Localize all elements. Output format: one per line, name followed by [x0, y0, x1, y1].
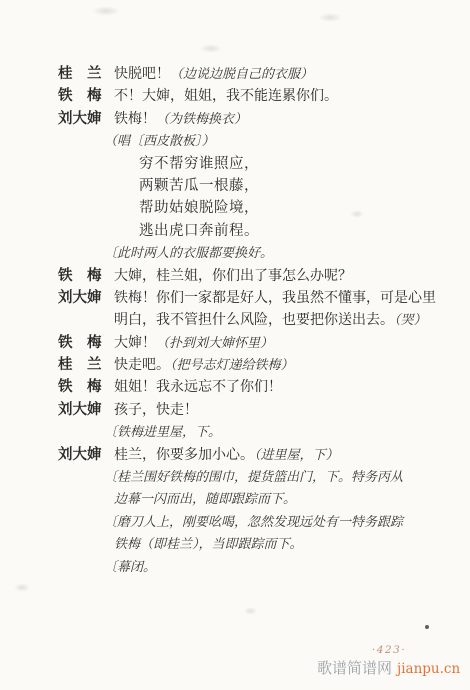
line-main-text: 大婶！ [114, 335, 156, 351]
script-line: 边幕一闪而出，随即跟踪而下。 [0, 488, 470, 510]
speaker-name: 刘大婶 [58, 444, 106, 466]
watermark-site-name: 歌谱简谱网 [317, 659, 392, 677]
line-stage-note: （为铁梅换衣） [156, 112, 247, 127]
scan-smudge [318, 13, 342, 22]
scan-smudge [244, 607, 257, 615]
line-main-text: 桂兰，你要多加小心。 [114, 447, 254, 463]
line-main-text: 孩子，快走！ [114, 402, 198, 418]
speaker-name: 铁 梅 [58, 85, 106, 107]
scanned-script-page: 桂 兰快脱吧！（边说边脱自己的衣服）铁 梅不！大婶，姐姐，我不能连累你们。刘大婶… [0, 0, 470, 690]
script-line: 刘大婶桂兰，你要多加小心。（进里屋，下） [0, 444, 470, 466]
scan-smudge [200, 44, 222, 53]
line-stage-note: 〔幕闭。 [104, 560, 156, 575]
script-line: 铁 梅不！大婶，姐姐，我不能连累你们。 [0, 85, 470, 107]
script-line: 逃出虎口奔前程。 [0, 220, 470, 242]
scan-speck [425, 625, 429, 629]
scan-smudge [92, 6, 120, 16]
line-stage-note: （哭） [394, 313, 427, 328]
scan-smudge [14, 583, 30, 592]
line-stage-note: 〔此时两人的衣服都要换好。 [104, 246, 273, 261]
script-line: 明白，我不管担什么风险，也要把你送出去。（哭） [0, 309, 470, 331]
speaker-name: 刘大婶 [58, 108, 106, 130]
speaker-name: 桂 兰 [58, 354, 106, 376]
script-line: 帮助姑娘脱险境， [0, 197, 470, 219]
script-line: 铁 梅姐姐！我永远忘不了你们！ [0, 376, 470, 398]
line-main-text: 明白，我不管担什么风险，也要把你送出去。 [114, 312, 394, 328]
script-line: 刘大婶铁梅！（为铁梅换衣） [0, 108, 470, 130]
script-line: 刘大婶孩子，快走！ [0, 399, 470, 421]
line-stage-note: 〔铁梅进里屋，下。 [104, 425, 221, 440]
line-main-text: 逃出虎口奔前程。 [139, 223, 259, 239]
script-line: 〔桂兰围好铁梅的围巾，提货篮出门，下。特务丙从 [0, 466, 470, 488]
script-line: 桂 兰快脱吧！（边说边脱自己的衣服） [0, 63, 470, 85]
script-line: 〔磨刀人上，刚要吆喝，忽然发现远处有一特务跟踪 [0, 511, 470, 533]
speaker-name: 铁 梅 [58, 376, 106, 398]
script-line: 〔铁梅进里屋，下。 [0, 421, 470, 443]
script-line: 铁梅（即桂兰），当即跟踪而下。 [0, 533, 470, 555]
speaker-name: 桂 兰 [58, 63, 106, 85]
script-line: 桂 兰快走吧。（把号志灯递给铁梅） [0, 354, 470, 376]
watermark: 歌谱简谱网jianpu.cn [317, 657, 460, 678]
line-main-text: 大婶，桂兰姐，你们出了事怎么办呢？ [114, 268, 352, 284]
speaker-name: 铁 梅 [58, 332, 106, 354]
speaker-name: 铁 梅 [58, 265, 106, 287]
line-stage-note: （唱〔西皮散板〕） [104, 134, 215, 149]
line-stage-note: （边说边脱自己的衣服） [170, 67, 313, 82]
watermark-domain: jianpu.cn [397, 661, 460, 677]
script-line: （唱〔西皮散板〕） [0, 130, 470, 152]
line-main-text: 快走吧。 [114, 357, 170, 373]
line-main-text: 铁梅！你们一家都是好人，我虽然不懂事，可是心里 [114, 290, 436, 306]
line-main-text: 不！大婶，姐姐，我不能连累你们。 [114, 88, 338, 104]
line-stage-note: （把号志灯递给铁梅） [170, 358, 294, 373]
line-stage-note: 〔桂兰围好铁梅的围巾，提货篮出门，下。特务丙从 [104, 470, 403, 485]
page-number: ·423· [354, 644, 424, 656]
line-stage-note: 铁梅（即桂兰），当即跟踪而下。 [114, 537, 303, 552]
script-text-block: 桂 兰快脱吧！（边说边脱自己的衣服）铁 梅不！大婶，姐姐，我不能连累你们。刘大婶… [0, 63, 470, 578]
script-line: 刘大婶铁梅！你们一家都是好人，我虽然不懂事，可是心里 [0, 287, 470, 309]
script-line: 铁 梅大婶！（扑到刘大婶怀里） [0, 332, 470, 354]
script-line: 穷不帮穷谁照应， [0, 153, 470, 175]
line-stage-note: 边幕一闪而出，随即跟踪而下。 [114, 492, 296, 507]
line-main-text: 铁梅！ [114, 111, 156, 127]
script-line: 〔此时两人的衣服都要换好。 [0, 242, 470, 264]
line-stage-note: （进里屋，下） [254, 448, 339, 463]
script-line: 〔幕闭。 [0, 556, 470, 578]
script-line: 铁 梅大婶，桂兰姐，你们出了事怎么办呢？ [0, 265, 470, 287]
line-main-text: 两颗苦瓜一根藤， [139, 178, 259, 194]
line-main-text: 姐姐！我永远忘不了你们！ [114, 379, 282, 395]
line-main-text: 帮助姑娘脱险境， [139, 200, 259, 216]
line-main-text: 快脱吧！ [114, 66, 170, 82]
line-stage-note: （扑到刘大婶怀里） [156, 336, 273, 351]
script-line: 两颗苦瓜一根藤， [0, 175, 470, 197]
line-main-text: 穷不帮穷谁照应， [139, 156, 259, 172]
speaker-name: 刘大婶 [58, 287, 106, 309]
line-stage-note: 〔磨刀人上，刚要吆喝，忽然发现远处有一特务跟踪 [104, 515, 403, 530]
speaker-name: 刘大婶 [58, 399, 106, 421]
